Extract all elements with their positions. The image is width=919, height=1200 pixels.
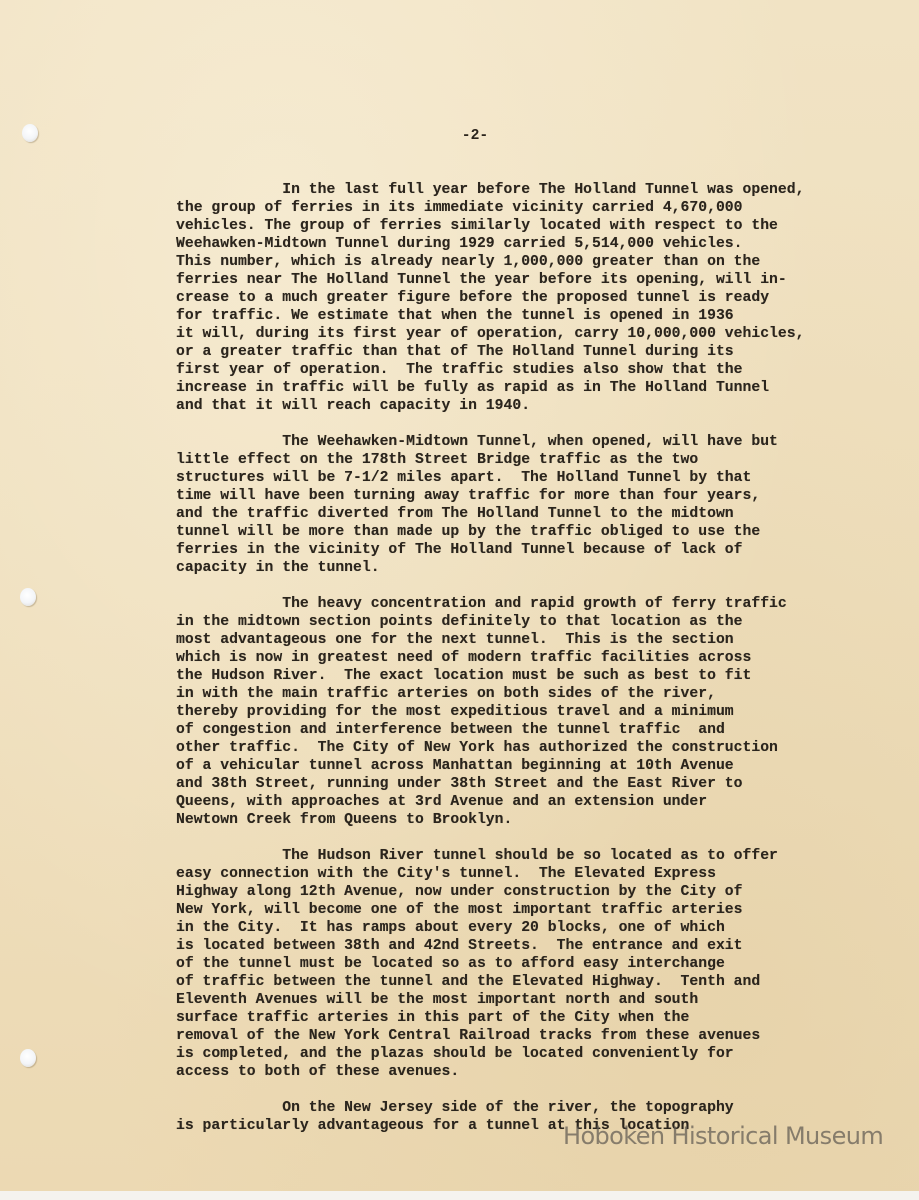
document-body: In the last full year before The Holland… [176, 181, 876, 1153]
text-line: it will, during its first year of operat… [176, 325, 876, 343]
text-line: thereby providing for the most expeditio… [176, 703, 876, 721]
punch-hole-middle [20, 588, 36, 606]
text-line: Newtown Creek from Queens to Brooklyn. [176, 811, 876, 829]
text-line: the Hudson River. The exact location mus… [176, 667, 876, 685]
text-line: of the tunnel must be located so as to a… [176, 955, 876, 973]
museum-watermark: Hoboken Historical Museum [563, 1122, 883, 1150]
text-line: and the traffic diverted from The Hollan… [176, 505, 876, 523]
scan-border [0, 1191, 919, 1200]
text-line: ferries near The Holland Tunnel the year… [176, 271, 876, 289]
text-line: in the City. It has ramps about every 20… [176, 919, 876, 937]
text-line: in with the main traffic arteries on bot… [176, 685, 876, 703]
text-line: of congestion and interference between t… [176, 721, 876, 739]
text-line: ferries in the vicinity of The Holland T… [176, 541, 876, 559]
text-line: structures will be 7-1/2 miles apart. Th… [176, 469, 876, 487]
typewritten-page: -2- In the last full year before The Hol… [0, 0, 919, 1191]
text-line: and that it will reach capacity in 1940. [176, 397, 876, 415]
text-line: increase in traffic will be fully as rap… [176, 379, 876, 397]
paragraph-bridge-effect: The Weehawken-Midtown Tunnel, when opene… [176, 433, 876, 577]
text-line: The Weehawken-Midtown Tunnel, when opene… [176, 433, 876, 451]
text-line: On the New Jersey side of the river, the… [176, 1099, 876, 1117]
text-line: The heavy concentration and rapid growth… [176, 595, 876, 613]
text-line: The Hudson River tunnel should be so loc… [176, 847, 876, 865]
text-line: Weehawken-Midtown Tunnel during 1929 car… [176, 235, 876, 253]
text-line: tunnel will be more than made up by the … [176, 523, 876, 541]
text-line: crease to a much greater figure before t… [176, 289, 876, 307]
text-line: little effect on the 178th Street Bridge… [176, 451, 876, 469]
text-line: access to both of these avenues. [176, 1063, 876, 1081]
text-line: removal of the New York Central Railroad… [176, 1027, 876, 1045]
text-line: which is now in greatest need of modern … [176, 649, 876, 667]
text-line: other traffic. The City of New York has … [176, 739, 876, 757]
text-line: Queens, with approaches at 3rd Avenue an… [176, 793, 876, 811]
text-line: the group of ferries in its immediate vi… [176, 199, 876, 217]
text-line: of traffic between the tunnel and the El… [176, 973, 876, 991]
text-line: or a greater traffic than that of The Ho… [176, 343, 876, 361]
punch-hole-bottom [20, 1049, 36, 1067]
text-line: vehicles. The group of ferries similarly… [176, 217, 876, 235]
page-number: -2- [459, 128, 491, 144]
text-line: Eleventh Avenues will be the most import… [176, 991, 876, 1009]
punch-hole-top [22, 124, 38, 142]
text-line: easy connection with the City's tunnel. … [176, 865, 876, 883]
text-line: is located between 38th and 42nd Streets… [176, 937, 876, 955]
text-line: capacity in the tunnel. [176, 559, 876, 577]
paragraph-midtown-location: The heavy concentration and rapid growth… [176, 595, 876, 829]
text-line: time will have been turning away traffic… [176, 487, 876, 505]
text-line: This number, which is already nearly 1,0… [176, 253, 876, 271]
text-line: in the midtown section points definitely… [176, 613, 876, 631]
text-line: and 38th Street, running under 38th Stre… [176, 775, 876, 793]
text-line: is completed, and the plazas should be l… [176, 1045, 876, 1063]
text-line: In the last full year before The Holland… [176, 181, 876, 199]
text-line: Highway along 12th Avenue, now under con… [176, 883, 876, 901]
text-line: surface traffic arteries in this part of… [176, 1009, 876, 1027]
text-line: most advantageous one for the next tunne… [176, 631, 876, 649]
text-line: first year of operation. The traffic stu… [176, 361, 876, 379]
text-line: New York, will become one of the most im… [176, 901, 876, 919]
paragraph-hudson-connection: The Hudson River tunnel should be so loc… [176, 847, 876, 1081]
text-line: of a vehicular tunnel across Manhattan b… [176, 757, 876, 775]
text-line: for traffic. We estimate that when the t… [176, 307, 876, 325]
paragraph-holland-ferry-traffic: In the last full year before The Holland… [176, 181, 876, 415]
